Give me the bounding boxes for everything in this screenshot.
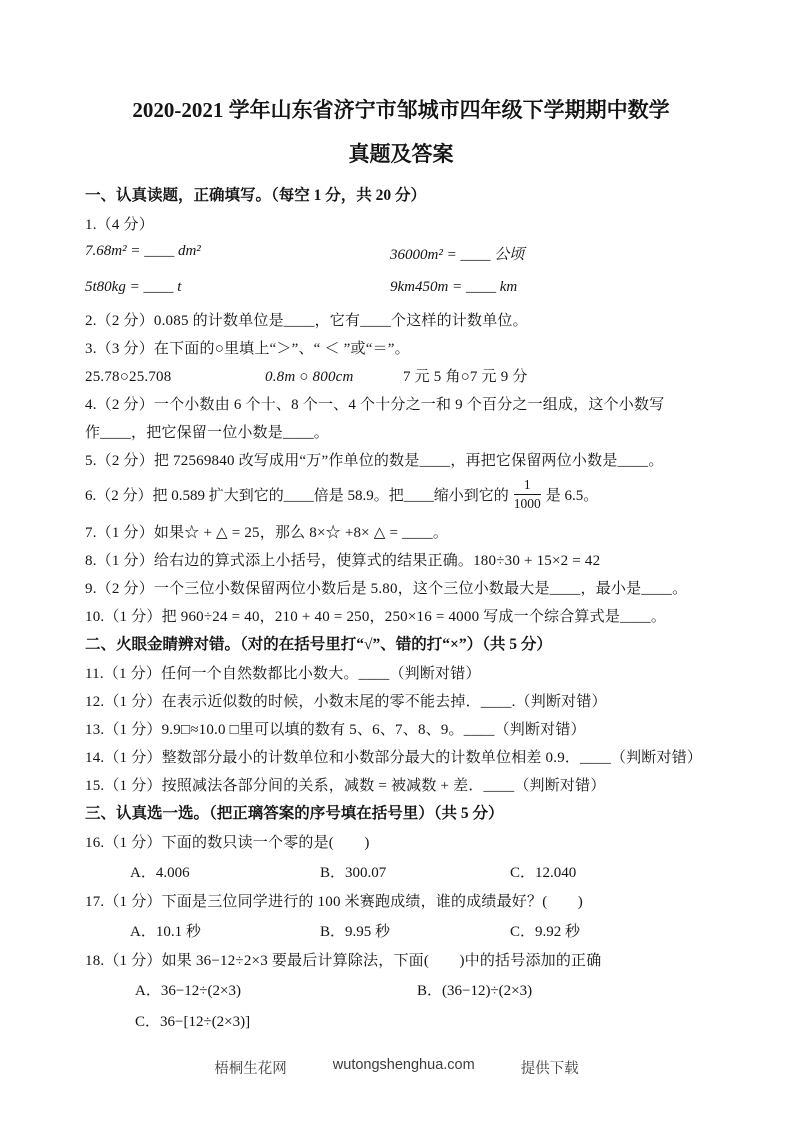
title-line2: 真题及答案 (85, 132, 717, 176)
section-1-heading: 一、认真读题，正确填写。（每空 1 分，共 20 分） (85, 186, 717, 206)
question-15: 15.（1 分）按照减法各部分间的关系，减数 = 被减数 + 差．____（判断… (85, 776, 717, 796)
page-title: 2020-2021 学年山东省济宁市邹城市四年级下学期期中数学 真题及答案 (85, 88, 717, 176)
footer-site-name: 梧桐生花网 (214, 1057, 287, 1078)
question-5: 5.（2 分）把 72569840 改写成用“万”作单位的数是____，再把它保… (85, 451, 717, 471)
question-17-options: A．10.1 秒 B．9.95 秒 C．9.92 秒 (85, 920, 717, 941)
question-6-part-1: 6.（2 分）把 0.589 扩大到它的____倍是 58.9。把____缩小到… (85, 486, 509, 506)
question-6-part-2: 是 6.5。 (546, 486, 599, 506)
title-line1: 2020-2021 学年山东省济宁市邹城市四年级下学期期中数学 (85, 88, 717, 132)
question-18-label: 18.（1 分）如果 36−12÷2×3 要最后计算除法，下面( )中的括号添加… (85, 951, 717, 971)
question-1-formula-row-2: 5t80kg = ____ t 9km450m = ____ km (85, 279, 717, 296)
question-1-label: 1.（4 分） (85, 215, 717, 235)
question-18-option-a: A．36−12÷(2×3) (135, 979, 417, 1000)
question-16-label: 16.（1 分）下面的数只读一个零的是( ) (85, 833, 717, 853)
question-14: 14.（1 分）整数部分最小的计数单位和小数部分最大的计数单位相差 0.9．__… (85, 748, 717, 768)
formula-area-conversion-1: 7.68m² = ____ dm² (85, 243, 390, 264)
question-6: 6.（2 分）把 0.589 扩大到它的____倍是 58.9。把____缩小到… (85, 479, 717, 513)
question-8: 8.（1 分）给右边的算式添上小括号，使算式的结果正确。180÷30 + 15×… (85, 551, 717, 571)
question-3-label: 3.（3 分）在下面的○里填上“＞”、“ ＜ ”或“＝”。 (85, 339, 717, 359)
question-10: 10.（1 分）把 960÷24 = 40，210 + 40 = 250，250… (85, 607, 717, 627)
page-footer: 梧桐生花网 wutongshenghua.com 提供下载 (0, 1057, 793, 1078)
section-2-heading: 二、火眼金睛辨对错。（对的在括号里打“√”、错的打“×”）（共 5 分） (85, 635, 717, 655)
question-2: 2.（2 分）0.085 的计数单位是____，它有____个这样的计数单位。 (85, 311, 717, 331)
question-16-option-b: B．300.07 (320, 861, 510, 882)
exam-document-page: 2020-2021 学年山东省济宁市邹城市四年级下学期期中数学 真题及答案 一、… (0, 0, 793, 1122)
question-16-option-a: A．4.006 (130, 861, 320, 882)
question-17-option-c: C．9.92 秒 (510, 920, 580, 941)
formula-length-conversion: 9km450m = ____ km (390, 279, 517, 296)
formula-mass-conversion: 5t80kg = ____ t (85, 279, 390, 296)
fraction-denominator: 1000 (514, 495, 541, 512)
question-17-option-b: B．9.95 秒 (320, 920, 510, 941)
question-17-option-a: A．10.1 秒 (130, 920, 320, 941)
compare-item-2: 0.8m ○ 800cm (265, 367, 403, 387)
question-17-label: 17.（1 分）下面是三位同学进行的 100 米赛跑成绩，谁的成绩最好？( ) (85, 892, 717, 912)
question-1-formula-row-1: 7.68m² = ____ dm² 36000m² = ____ 公顷 (85, 243, 717, 264)
question-18-option-b: B．(36−12)÷(2×3) (417, 979, 532, 1000)
fraction-one-thousandth: 1 1000 (514, 477, 541, 511)
footer-download-text: 提供下载 (521, 1057, 579, 1078)
question-16-options: A．4.006 B．300.07 C．12.040 (85, 861, 717, 882)
formula-area-conversion-2: 36000m² = ____ 公顷 (390, 243, 524, 264)
question-18-option-c: C．36−[12÷(2×3)] (85, 1012, 717, 1032)
footer-site-url: wutongshenghua.com (333, 1057, 475, 1078)
compare-item-3: 7 元 5 角○7 元 9 分 (403, 367, 528, 387)
question-7: 7.（1 分）如果☆ + △ = 25，那么 8×☆ +8× △ = ____。 (85, 523, 717, 543)
compare-item-1: 25.78○25.708 (85, 367, 265, 387)
question-9: 9.（2 分）一个三位小数保留两位小数后是 5.80，这个三位小数最大是____… (85, 579, 717, 599)
question-12: 12.（1 分）在表示近似数的时候，小数末尾的零不能去掉．____.（判断对错） (85, 692, 717, 712)
question-16-option-c: C．12.040 (510, 861, 576, 882)
question-13: 13.（1 分）9.9□≈10.0 □里可以填的数有 5、6、7、8、9。___… (85, 720, 717, 740)
question-4-line-2: 作____，把它保留一位小数是____。 (85, 423, 717, 443)
question-4-line-1: 4.（2 分）一个小数由 6 个十、8 个一、4 个十分之一和 9 个百分之一组… (85, 395, 717, 415)
fraction-numerator: 1 (514, 477, 541, 495)
section-3-heading: 三、认真选一选。（把正璃答案的序号填在括号里）（共 5 分） (85, 804, 717, 824)
question-18-options-ab: A．36−12÷(2×3) B．(36−12)÷(2×3) (85, 979, 717, 1000)
question-11: 11.（1 分）任何一个自然数都比小数大。____（判断对错） (85, 664, 717, 684)
question-3-compare-row: 25.78○25.708 0.8m ○ 800cm 7 元 5 角○7 元 9 … (85, 367, 717, 387)
